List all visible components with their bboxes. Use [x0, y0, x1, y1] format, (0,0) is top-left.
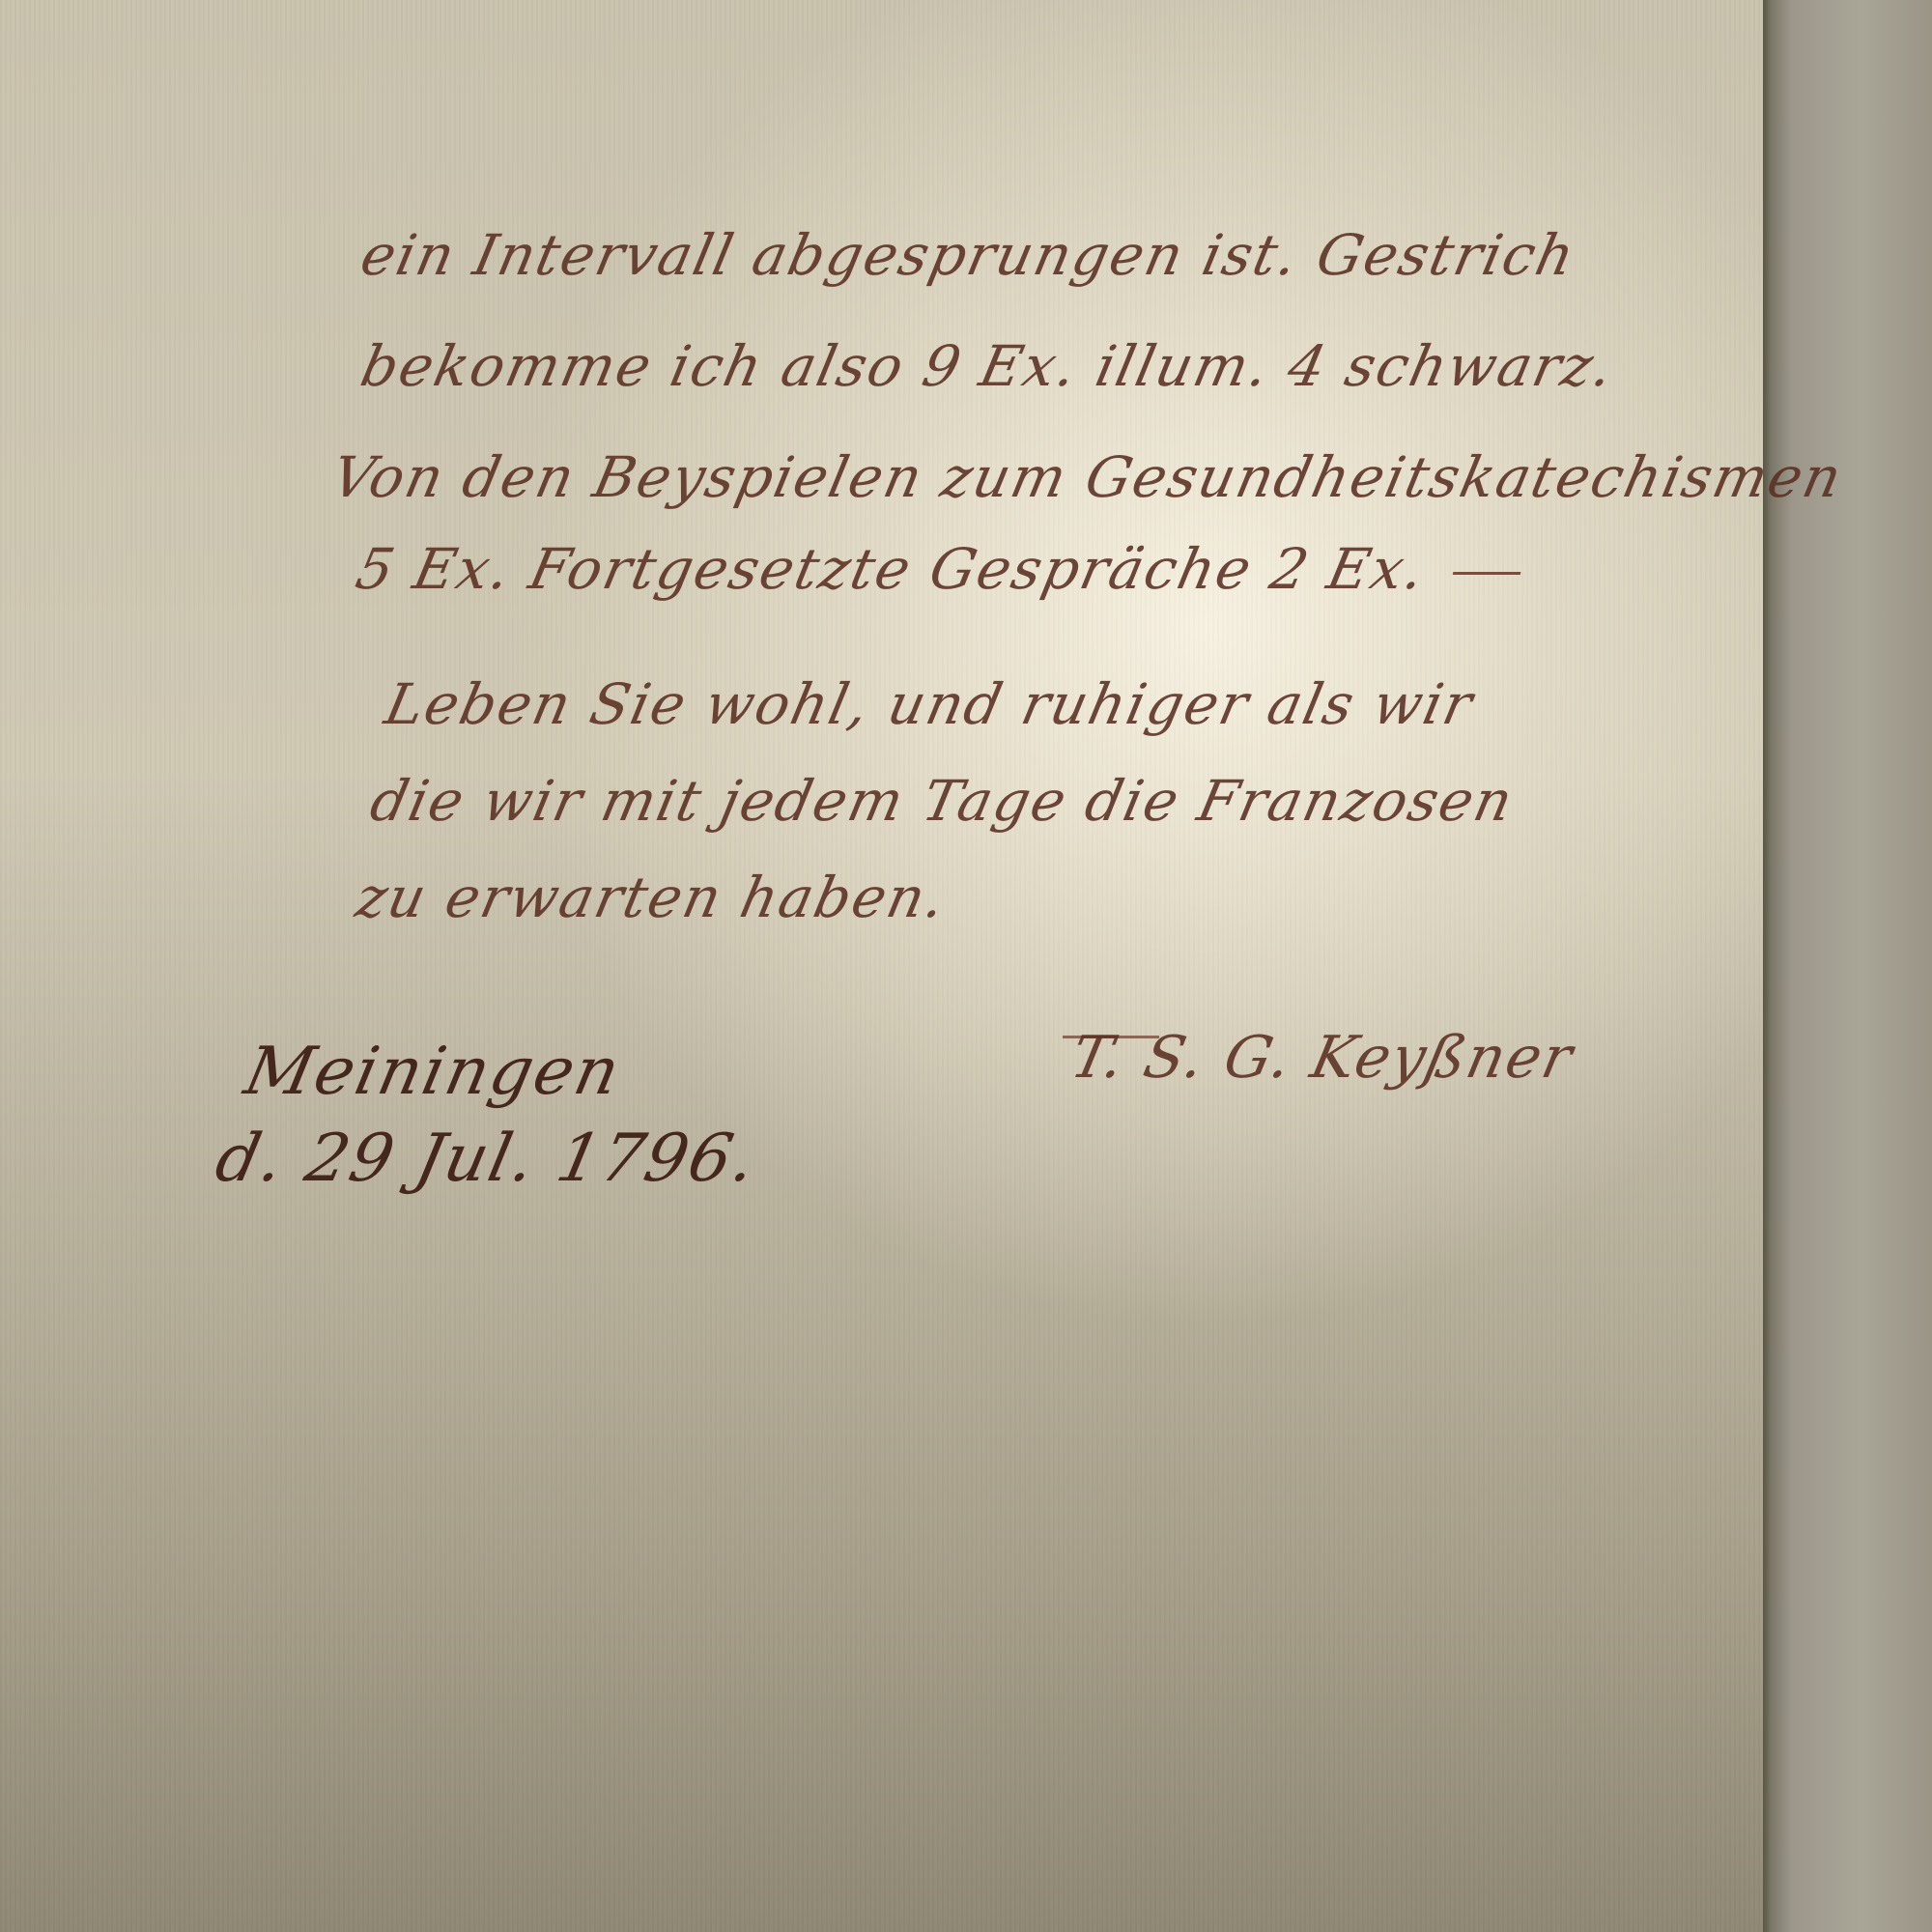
letter-line-6: die wir mit jedem Tage die Franzosen	[365, 768, 1520, 834]
letter-line-2: bekomme ich also 9 Ex. illum. 4 schwarz.	[355, 333, 1621, 399]
backing-sheet-edge	[1763, 0, 1932, 1932]
closing-place: Meiningen	[239, 1034, 628, 1110]
dash-rule	[1453, 572, 1521, 575]
letter-page	[0, 0, 1763, 1932]
signature: T. S. G. Keyßner	[1065, 1024, 1580, 1092]
letter-line-5: Leben Sie wohl, und ruhiger als wir	[380, 671, 1480, 737]
letter-line-1: ein Intervall abgesprungen ist. Gestrich	[355, 222, 1582, 288]
letter-line-3: Von den Beyspielen zum Gesundheitskatech…	[327, 444, 1849, 510]
letter-line-7: zu erwarten haben.	[351, 865, 952, 930]
letter-line-4: 5 Ex. Fortgesetzte Gespräche 2 Ex.	[351, 536, 1529, 602]
closing-date: d. 29 Jul. 1796.	[210, 1121, 764, 1197]
letter-line-4-text: 5 Ex. Fortgesetzte Gespräche 2 Ex.	[351, 536, 1433, 602]
